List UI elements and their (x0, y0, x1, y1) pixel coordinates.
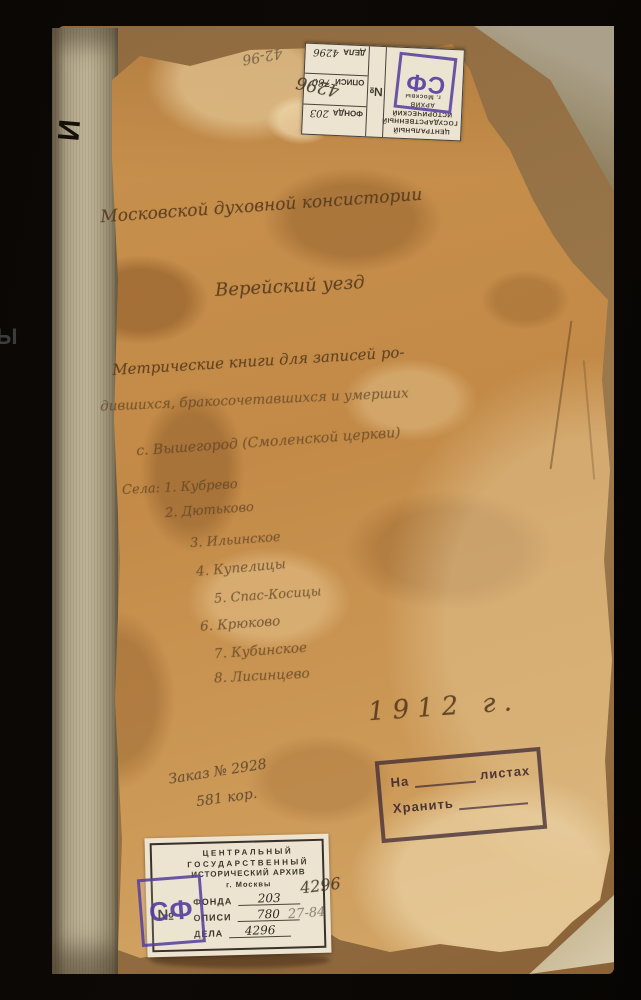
delo-value: 4296 (309, 46, 344, 57)
archive-label-inner: ЦЕНТРАЛЬНЫЙ ГОСУДАРСТВЕННЫЙ ИСТОРИЧЕСКИЙ… (150, 839, 327, 953)
fond-value: 203 (238, 892, 300, 906)
delo-label: ДЕЛА (343, 47, 366, 57)
edge-mark: Ы (0, 324, 18, 350)
sf-purple-stamp: СФ (137, 874, 206, 947)
pencil-code-bottom: 27-84 (288, 905, 326, 923)
sheets-blank (413, 767, 475, 788)
delo-value: 4296 (229, 925, 291, 939)
keep-line: Хранить (392, 788, 533, 816)
keep-blank (458, 788, 528, 810)
fond-label: ФОНДА (333, 108, 364, 118)
delo-row: ДЕЛА 4296 (305, 44, 369, 76)
fond-value: 203 (306, 106, 333, 117)
sheets-suffix: листах (479, 763, 530, 782)
archive-org-block: ЦЕНТРАЛЬНЫЙ ГОСУДАРСТВЕННЫЙ ИСТОРИЧЕСКИЙ… (382, 47, 464, 140)
sheets-line: На листах (390, 762, 531, 790)
sheets-prefix: На (390, 773, 410, 790)
keep-label: Хранить (392, 796, 454, 816)
sheets-count-stamp: На листах Хранить (375, 747, 548, 843)
spine-mark: И (52, 100, 107, 144)
fond-row: ФОНДА 203 (302, 103, 366, 136)
sf-purple-stamp: СФ (393, 52, 457, 114)
book-spine (52, 28, 118, 974)
photo-backdrop: И Ы ЦЕНТРАЛЬНЫЙ ГОСУДАРСТВЕННЫЙ ИСТОРИЧЕ… (0, 0, 641, 1000)
